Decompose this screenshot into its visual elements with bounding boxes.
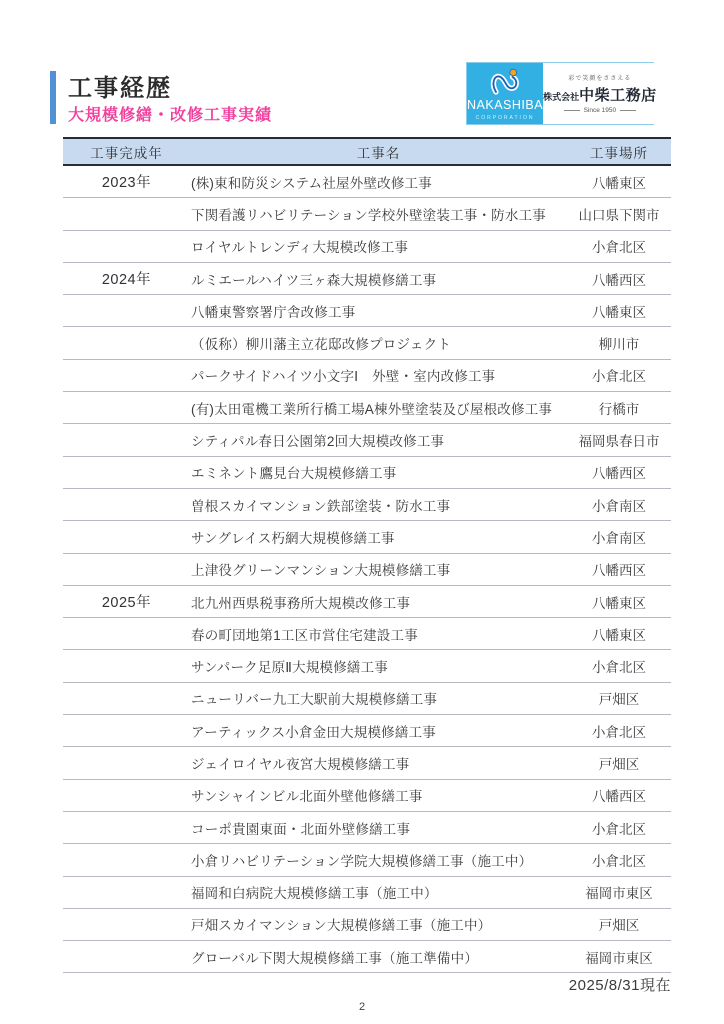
cell-project-name: ニューリバー九工大駅前大規模修繕工事 — [190, 688, 567, 708]
table-row: 2023年(株)東和防災システム社屋外壁改修工事八幡東区 — [63, 166, 671, 198]
cell-project-name: （仮称）柳川藩主立花邸改修プロジェクト — [190, 333, 567, 353]
table-row: 八幡東警察署庁舎改修工事八幡東区 — [63, 295, 671, 327]
nakashiba-n-icon — [488, 68, 522, 98]
table-row: ジェイロイヤル夜宮大規模修繕工事戸畑区 — [63, 747, 671, 779]
table-row: ロイヤルトレンディ大規模改修工事小倉北区 — [63, 231, 671, 263]
cell-completion-year: 2024年 — [63, 268, 190, 289]
cell-location: 福岡市東区 — [567, 882, 671, 902]
table-row: 上津役グリーンマンション大規模修繕工事八幡西区 — [63, 554, 671, 586]
cell-location: 小倉北区 — [567, 236, 671, 256]
table-row: 曽根スカイマンション鉄部塗装・防水工事小倉南区 — [63, 489, 671, 521]
document-page: 工事経歴 大規模修繕・改修工事実績 NAKASHIBA CORPORATION … — [0, 0, 724, 1024]
cell-location: 山口県下関市 — [567, 204, 671, 224]
cell-project-name: パークサイドハイツ小文字Ⅰ 外壁・室内改修工事 — [190, 365, 567, 385]
table-row: ニューリバー九工大駅前大規模修繕工事戸畑区 — [63, 683, 671, 715]
works-table: 工事完成年 工事名 工事場所 2023年(株)東和防災システム社屋外壁改修工事八… — [63, 137, 671, 973]
table-row: 福岡和白病院大規模修繕工事（施工中）福岡市東区 — [63, 877, 671, 909]
cell-location: 小倉南区 — [567, 527, 671, 547]
cell-location: 福岡市東区 — [567, 947, 671, 967]
table-row: サンパーク足原Ⅱ大規模修繕工事小倉北区 — [63, 650, 671, 682]
cell-location: 小倉北区 — [567, 365, 671, 385]
table-row: 小倉リハビリテーション学院大規模修繕工事（施工中）小倉北区 — [63, 844, 671, 876]
col-header-location: 工事場所 — [567, 142, 671, 162]
cell-project-name: 八幡東警察署庁舎改修工事 — [190, 301, 567, 321]
cell-location: 八幡東区 — [567, 172, 671, 192]
cell-location: 八幡東区 — [567, 301, 671, 321]
as-of-date: 2025/8/31現在 — [63, 974, 671, 995]
cell-project-name: アーティックス小倉金田大規模修繕工事 — [190, 721, 567, 741]
company-logo: NAKASHIBA CORPORATION 彩で笑顔をささえる 株式会社中柴工務… — [466, 62, 654, 125]
cell-project-name: ジェイロイヤル夜宮大規模修繕工事 — [190, 753, 567, 773]
logo-brand-panel: NAKASHIBA CORPORATION — [467, 63, 543, 124]
cell-location: 行橋市 — [567, 398, 671, 418]
cell-completion-year: 2023年 — [63, 171, 190, 192]
cell-location: 小倉北区 — [567, 721, 671, 741]
cell-location: 柳川市 — [567, 333, 671, 353]
cell-location: 小倉北区 — [567, 656, 671, 676]
cell-location: 八幡西区 — [567, 785, 671, 805]
since-dash-right — [620, 110, 636, 111]
cell-location: 小倉南区 — [567, 495, 671, 515]
cell-project-name: 福岡和白病院大規模修繕工事（施工中） — [190, 882, 567, 902]
table-row: グローバル下関大規模修繕工事（施工準備中）福岡市東区 — [63, 941, 671, 973]
cell-project-name: 北九州西県税事務所大規模改修工事 — [190, 592, 567, 612]
page-title: 工事経歴 — [68, 68, 172, 103]
cell-project-name: 小倉リハビリテーション学院大規模修繕工事（施工中） — [190, 850, 567, 870]
cell-location: 戸畑区 — [567, 914, 671, 934]
cell-location: 小倉北区 — [567, 850, 671, 870]
cell-completion-year: 2025年 — [63, 591, 190, 612]
table-header-row: 工事完成年 工事名 工事場所 — [63, 137, 671, 166]
cell-project-name: 上津役グリーンマンション大規模修繕工事 — [190, 559, 567, 579]
table-row: 春の町団地第1工区市営住宅建設工事八幡東区 — [63, 618, 671, 650]
cell-location: 八幡西区 — [567, 269, 671, 289]
cell-location: 戸畑区 — [567, 753, 671, 773]
cell-project-name: 下関看護リハビリテーション学校外壁塗装工事・防水工事 — [190, 204, 567, 224]
cell-project-name: 春の町団地第1工区市営住宅建設工事 — [190, 624, 567, 644]
logo-tagline: 彩で笑顔をささえる — [568, 73, 631, 82]
table-row: サングレイス朽網大規模修繕工事小倉南区 — [63, 521, 671, 553]
table-row: シティパル春日公園第2回大規模改修工事福岡県春日市 — [63, 424, 671, 456]
cell-project-name: (株)東和防災システム社屋外壁改修工事 — [190, 172, 567, 192]
col-header-completion-year: 工事完成年 — [63, 142, 190, 162]
table-row: サンシャインビル北面外壁他修繕工事八幡西区 — [63, 780, 671, 812]
cell-project-name: サンパーク足原Ⅱ大規模修繕工事 — [190, 656, 567, 676]
logo-company-main: 中柴工務店 — [579, 87, 657, 104]
since-dash-left — [564, 110, 580, 111]
table-row: アーティックス小倉金田大規模修繕工事小倉北区 — [63, 715, 671, 747]
table-row: (有)太田電機工業所行橋工場A棟外壁塗装及び屋根改修工事行橋市 — [63, 392, 671, 424]
logo-company-name: 株式会社中柴工務店 — [543, 84, 657, 105]
cell-project-name: (有)太田電機工業所行橋工場A棟外壁塗装及び屋根改修工事 — [190, 398, 567, 418]
cell-project-name: エミネント鷹見台大規模修繕工事 — [190, 462, 567, 482]
cell-location: 福岡県春日市 — [567, 430, 671, 450]
logo-brand-text: NAKASHIBA — [467, 99, 543, 113]
cell-project-name: 曽根スカイマンション鉄部塗装・防水工事 — [190, 495, 567, 515]
table-body: 2023年(株)東和防災システム社屋外壁改修工事八幡東区下関看護リハビリテーショ… — [63, 166, 671, 973]
page-subtitle: 大規模修繕・改修工事実績 — [68, 102, 272, 125]
logo-since: Since 1950 — [564, 107, 637, 114]
table-row: パークサイドハイツ小文字Ⅰ 外壁・室内改修工事小倉北区 — [63, 360, 671, 392]
table-row: （仮称）柳川藩主立花邸改修プロジェクト柳川市 — [63, 327, 671, 359]
cell-project-name: シティパル春日公園第2回大規模改修工事 — [190, 430, 567, 450]
cell-project-name: ロイヤルトレンディ大規模改修工事 — [190, 236, 567, 256]
cell-location: 小倉北区 — [567, 818, 671, 838]
title-accent-bar — [50, 71, 56, 124]
cell-location: 八幡東区 — [567, 592, 671, 612]
table-row: エミネント鷹見台大規模修繕工事八幡西区 — [63, 457, 671, 489]
cell-project-name: コーポ貴園東面・北面外壁修繕工事 — [190, 818, 567, 838]
table-row: 2025年北九州西県税事務所大規模改修工事八幡東区 — [63, 586, 671, 618]
page-number: 2 — [0, 1001, 724, 1013]
table-row: 2024年ルミエールハイツ三ヶ森大規模修繕工事八幡西区 — [63, 263, 671, 295]
table-row: 戸畑スカイマンション大規模修繕工事（施工中）戸畑区 — [63, 909, 671, 941]
cell-location: 八幡西区 — [567, 559, 671, 579]
cell-location: 八幡東区 — [567, 624, 671, 644]
cell-location: 八幡西区 — [567, 462, 671, 482]
cell-project-name: サンシャインビル北面外壁他修繕工事 — [190, 785, 567, 805]
table-row: 下関看護リハビリテーション学校外壁塗装工事・防水工事山口県下関市 — [63, 198, 671, 230]
cell-location: 戸畑区 — [567, 688, 671, 708]
cell-project-name: グローバル下関大規模修繕工事（施工準備中） — [190, 947, 567, 967]
logo-since-text: Since 1950 — [584, 107, 617, 114]
logo-corporation-text: CORPORATION — [476, 115, 535, 121]
logo-company-panel: 彩で笑顔をささえる 株式会社中柴工務店 Since 1950 — [543, 63, 657, 124]
cell-project-name: ルミエールハイツ三ヶ森大規模修繕工事 — [190, 269, 567, 289]
table-row: コーポ貴園東面・北面外壁修繕工事小倉北区 — [63, 812, 671, 844]
cell-project-name: サングレイス朽網大規模修繕工事 — [190, 527, 567, 547]
col-header-project-name: 工事名 — [190, 142, 567, 162]
logo-company-prefix: 株式会社 — [543, 92, 579, 102]
cell-project-name: 戸畑スカイマンション大規模修繕工事（施工中） — [190, 914, 567, 934]
